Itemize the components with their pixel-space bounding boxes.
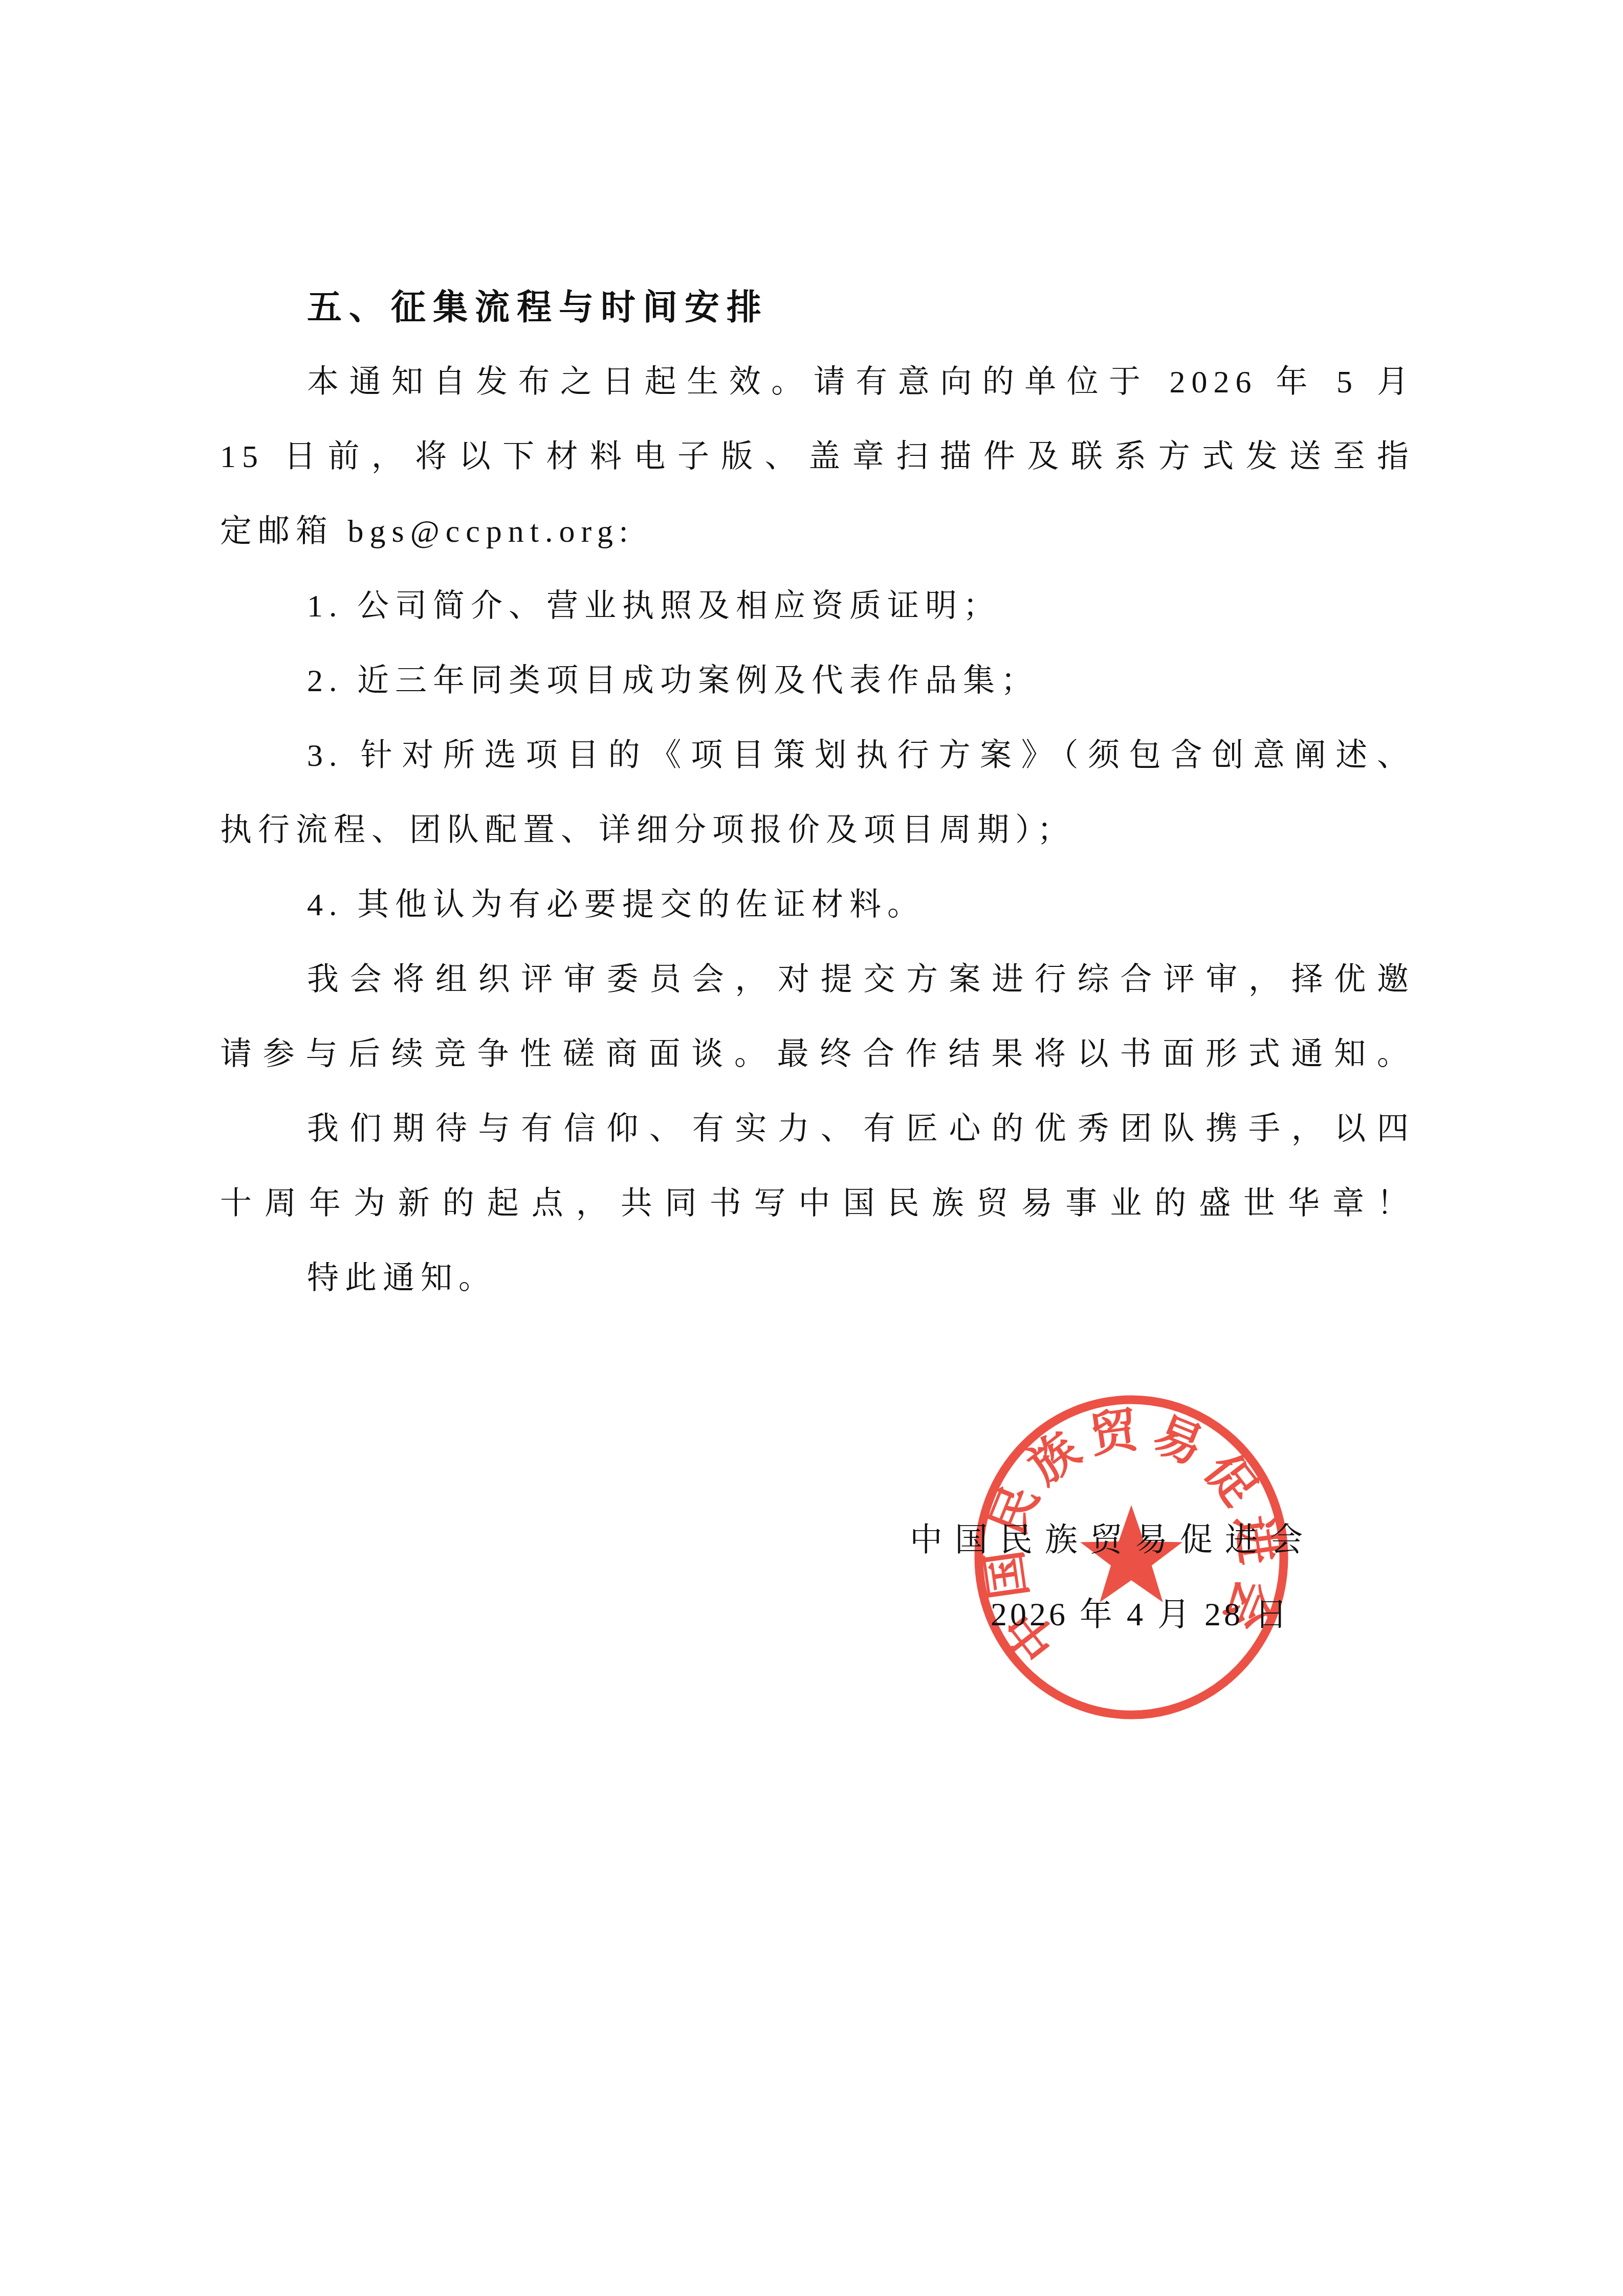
document-body: 五、征集流程与时间安排 本通知自发布之日起生效。请有意向的单位于 2026 年 … [220,270,1415,1316]
closing-line: 特此通知。 [220,1241,1415,1316]
signature-date: 2026 年 4 月 28 日 [0,1577,1623,1652]
seal-ring-char: 贸 [1086,1403,1143,1463]
seal-ring-char: 族 [1019,1423,1089,1494]
list-item: 3. 针对所选项目的《项目策划执行方案》（须包含创意阐述、 [220,718,1415,793]
body-line: 十周年为新的起点，共同书写中国民族贸易事业的盛世华章！ [220,1166,1415,1241]
list-item-continuation: 执行流程、团队配置、详细分项报价及项目周期）； [220,793,1415,868]
document-page: 五、征集流程与时间安排 本通知自发布之日起生效。请有意向的单位于 2026 年 … [0,0,1623,2296]
list-item: 1. 公司简介、营业执照及相应资质证明； [220,569,1415,644]
body-line: 15 日前，将以下材料电子版、盖章扫描件及联系方式发送至指 [220,420,1415,494]
list-item: 2. 近三年同类项目成功案例及代表作品集； [220,644,1415,718]
signature-org: 中国民族贸易促进会 [0,1503,1623,1577]
list-item: 4. 其他认为有必要提交的佐证材料。 [220,868,1415,942]
signature-block: 中国民族贸易促进会 2026 年 4 月 28 日 [0,1503,1623,1652]
body-line: 我们期待与有信仰、有实力、有匠心的优秀团队携手，以四 [220,1092,1415,1166]
body-line-email: 定邮箱 bgs@ccpnt.org: [220,494,1415,569]
body-line: 我会将组织评审委员会，对提交方案进行综合评审，择优邀 [220,942,1415,1017]
body-line: 本通知自发布之日起生效。请有意向的单位于 2026 年 5 月 [220,345,1415,420]
body-line: 请参与后续竞争性磋商面谈。最终合作结果将以书面形式通知。 [220,1017,1415,1092]
section-heading: 五、征集流程与时间安排 [220,270,1415,345]
